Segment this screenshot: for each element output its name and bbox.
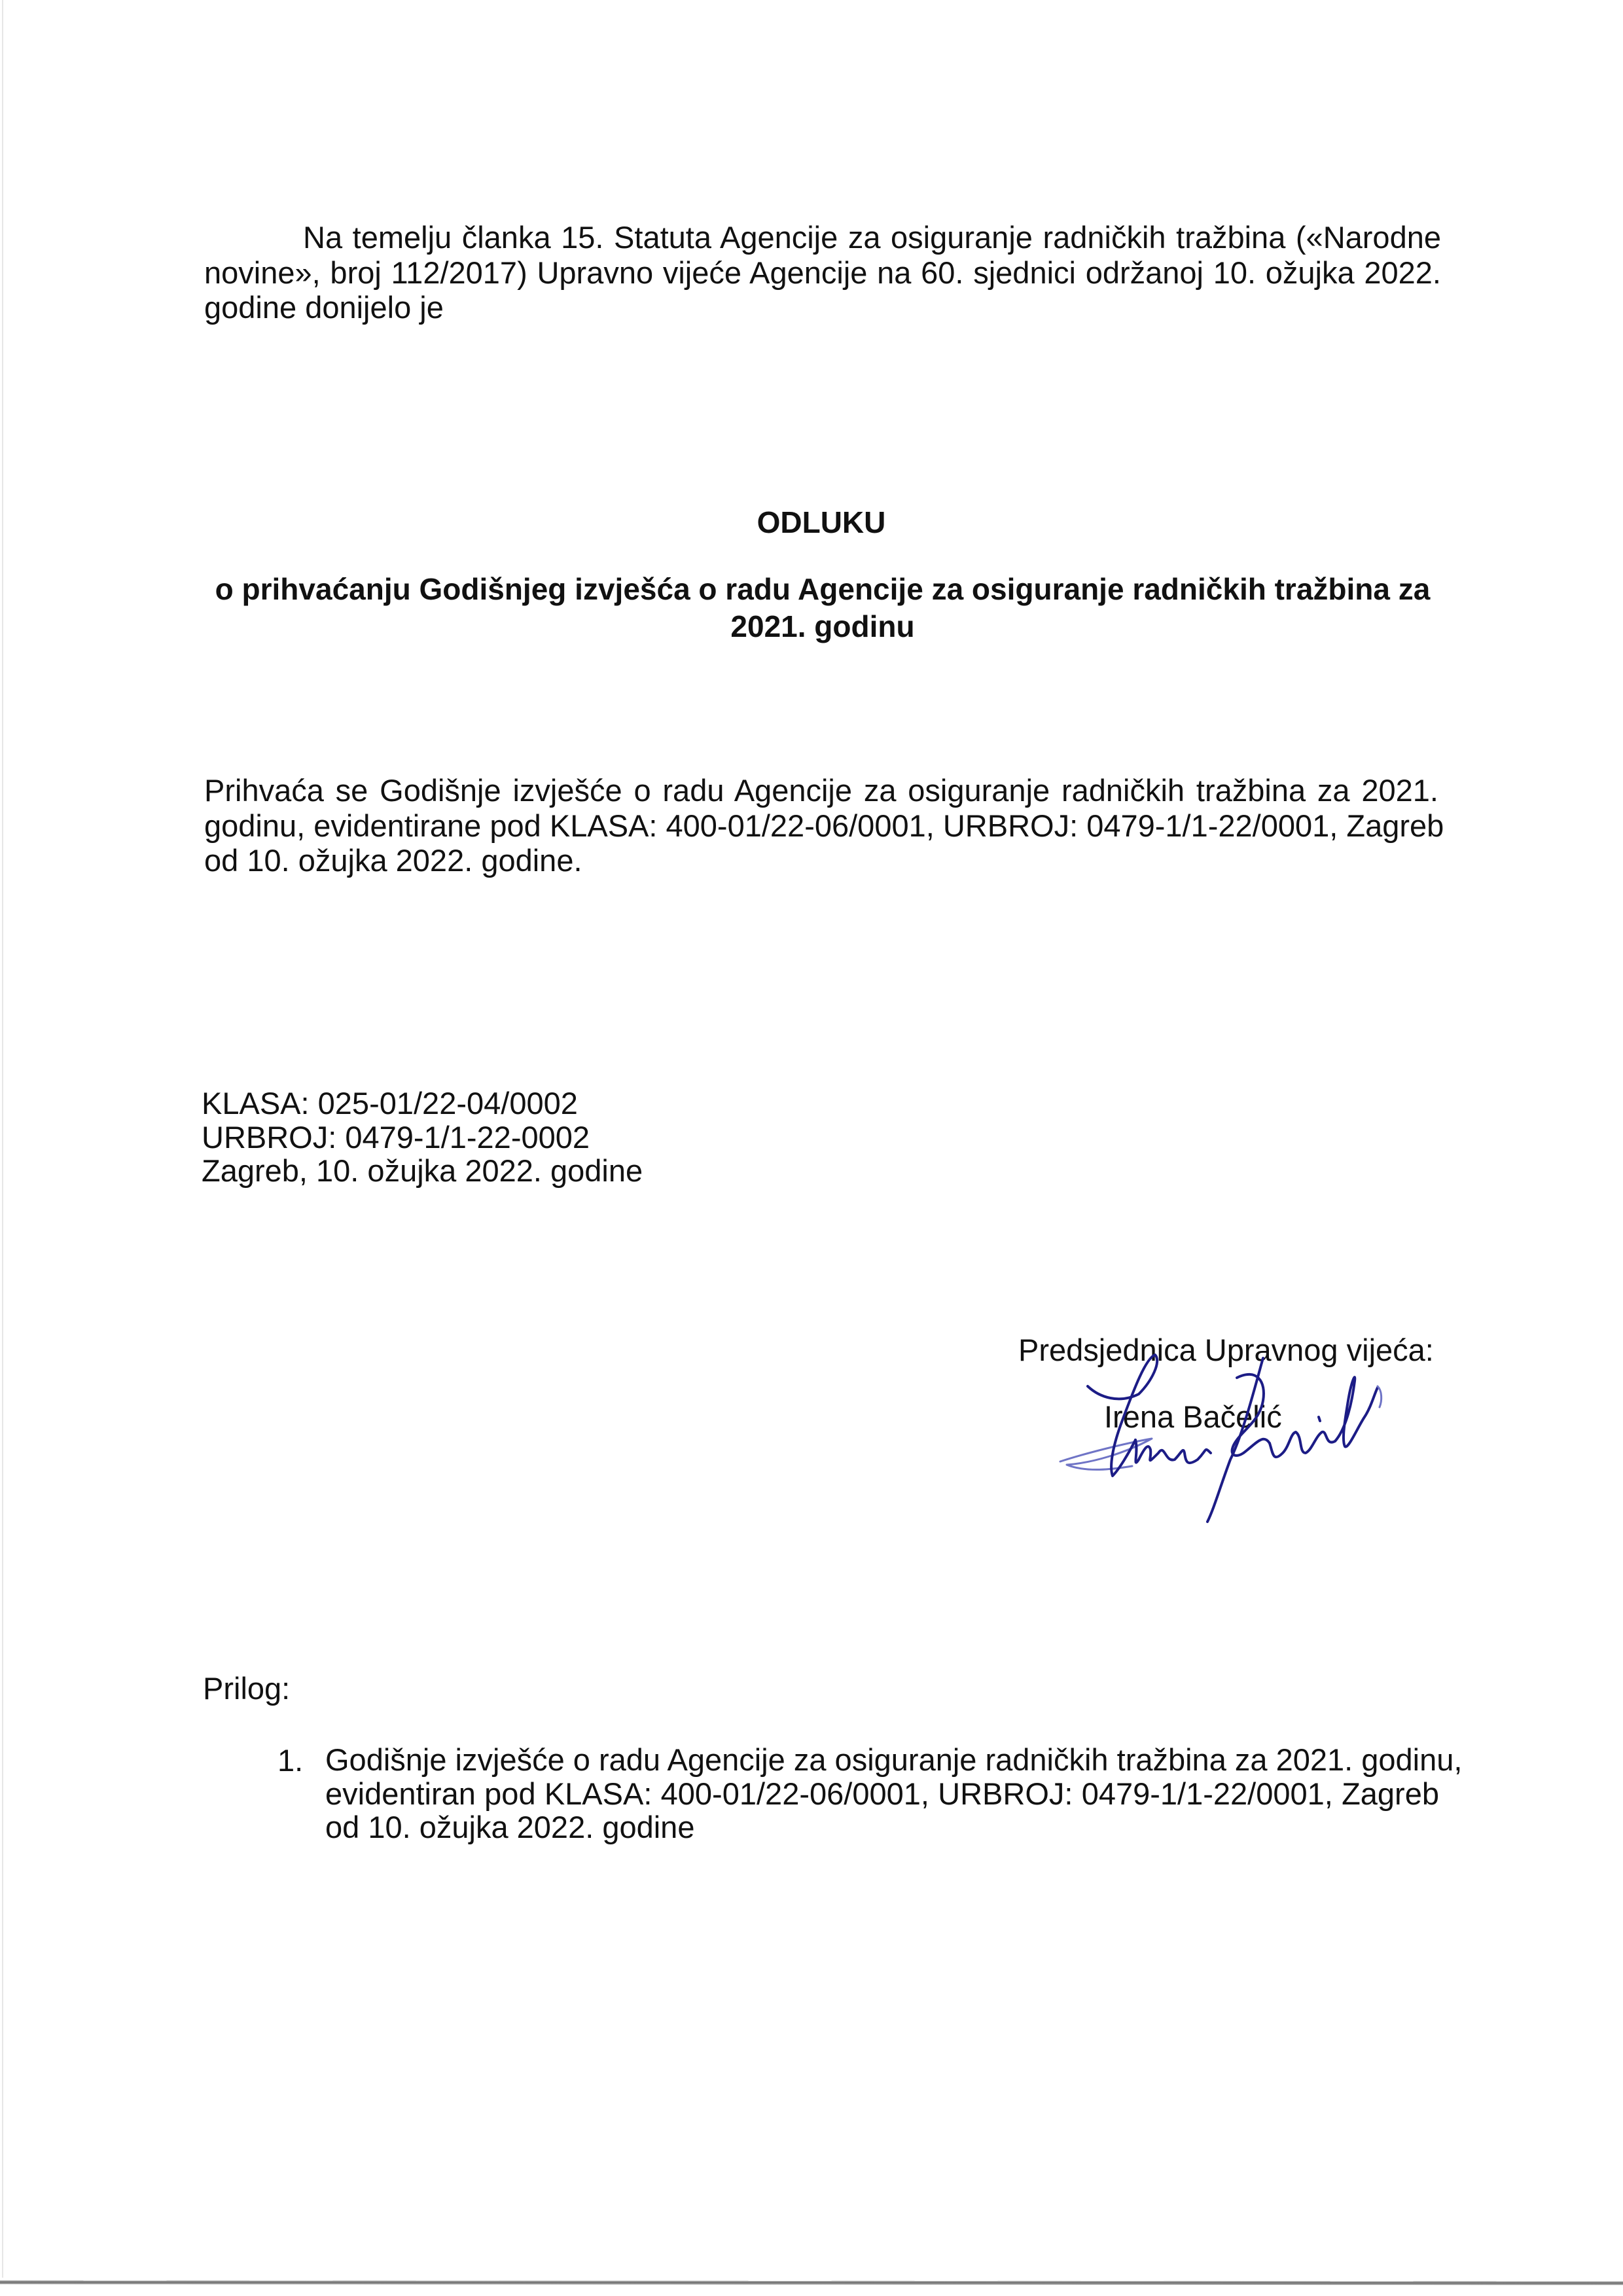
reference-block: KLASA: 025-01/22-04/0002 URBROJ: 0479-1/… [202,1086,643,1188]
body-line: od 10. ožujka 2022. godine. [204,843,1438,878]
place-date: Zagreb, 10. ožujka 2022. godine [202,1154,643,1188]
attachment-line: od 10. ožujka 2022. godine [325,1810,1439,1844]
subtitle-line: 2021. godinu [204,608,1441,645]
scan-edge-bottom [0,2280,1623,2285]
attachment-item: Godišnje izvješće o radu Agencije za osi… [325,1743,1439,1844]
attachment-line: evidentiran pod KLASA: 400-01/22-06/0001… [325,1777,1439,1811]
preamble-line: Na temelju članka 15. Statuta Agencije z… [204,220,1441,255]
decision-body-paragraph: Prihvaća se Godišnje izvješće o radu Age… [204,773,1438,878]
decision-title: ODLUKU [0,505,1623,540]
attachment-line: Godišnje izvješće o radu Agencije za osi… [325,1743,1439,1777]
handwritten-signature-icon [1047,1355,1387,1532]
preamble-line: godine donijelo je [204,290,1441,325]
preamble-line: novine», broj 112/2017) Upravno vijeće A… [204,255,1441,291]
klasa-reference: KLASA: 025-01/22-04/0002 [202,1086,643,1121]
body-line: Prihvaća se Godišnje izvješće o radu Age… [204,773,1438,808]
urbroj-reference: URBROJ: 0479-1/1-22-0002 [202,1121,643,1155]
attachment-item-number: 1. [277,1743,303,1778]
subtitle-line: o prihvaćanju Godišnjeg izvješća o radu … [204,571,1441,608]
document-page: Na temelju članka 15. Statuta Agencije z… [0,0,1623,2296]
attachment-label: Prilog: [203,1671,290,1706]
scan-edge-left [2,0,3,2278]
decision-subtitle: o prihvaćanju Godišnjeg izvješća o radu … [204,571,1441,645]
body-line: godinu, evidentirane pod KLASA: 400-01/2… [204,808,1438,844]
preamble-paragraph: Na temelju članka 15. Statuta Agencije z… [204,220,1441,325]
